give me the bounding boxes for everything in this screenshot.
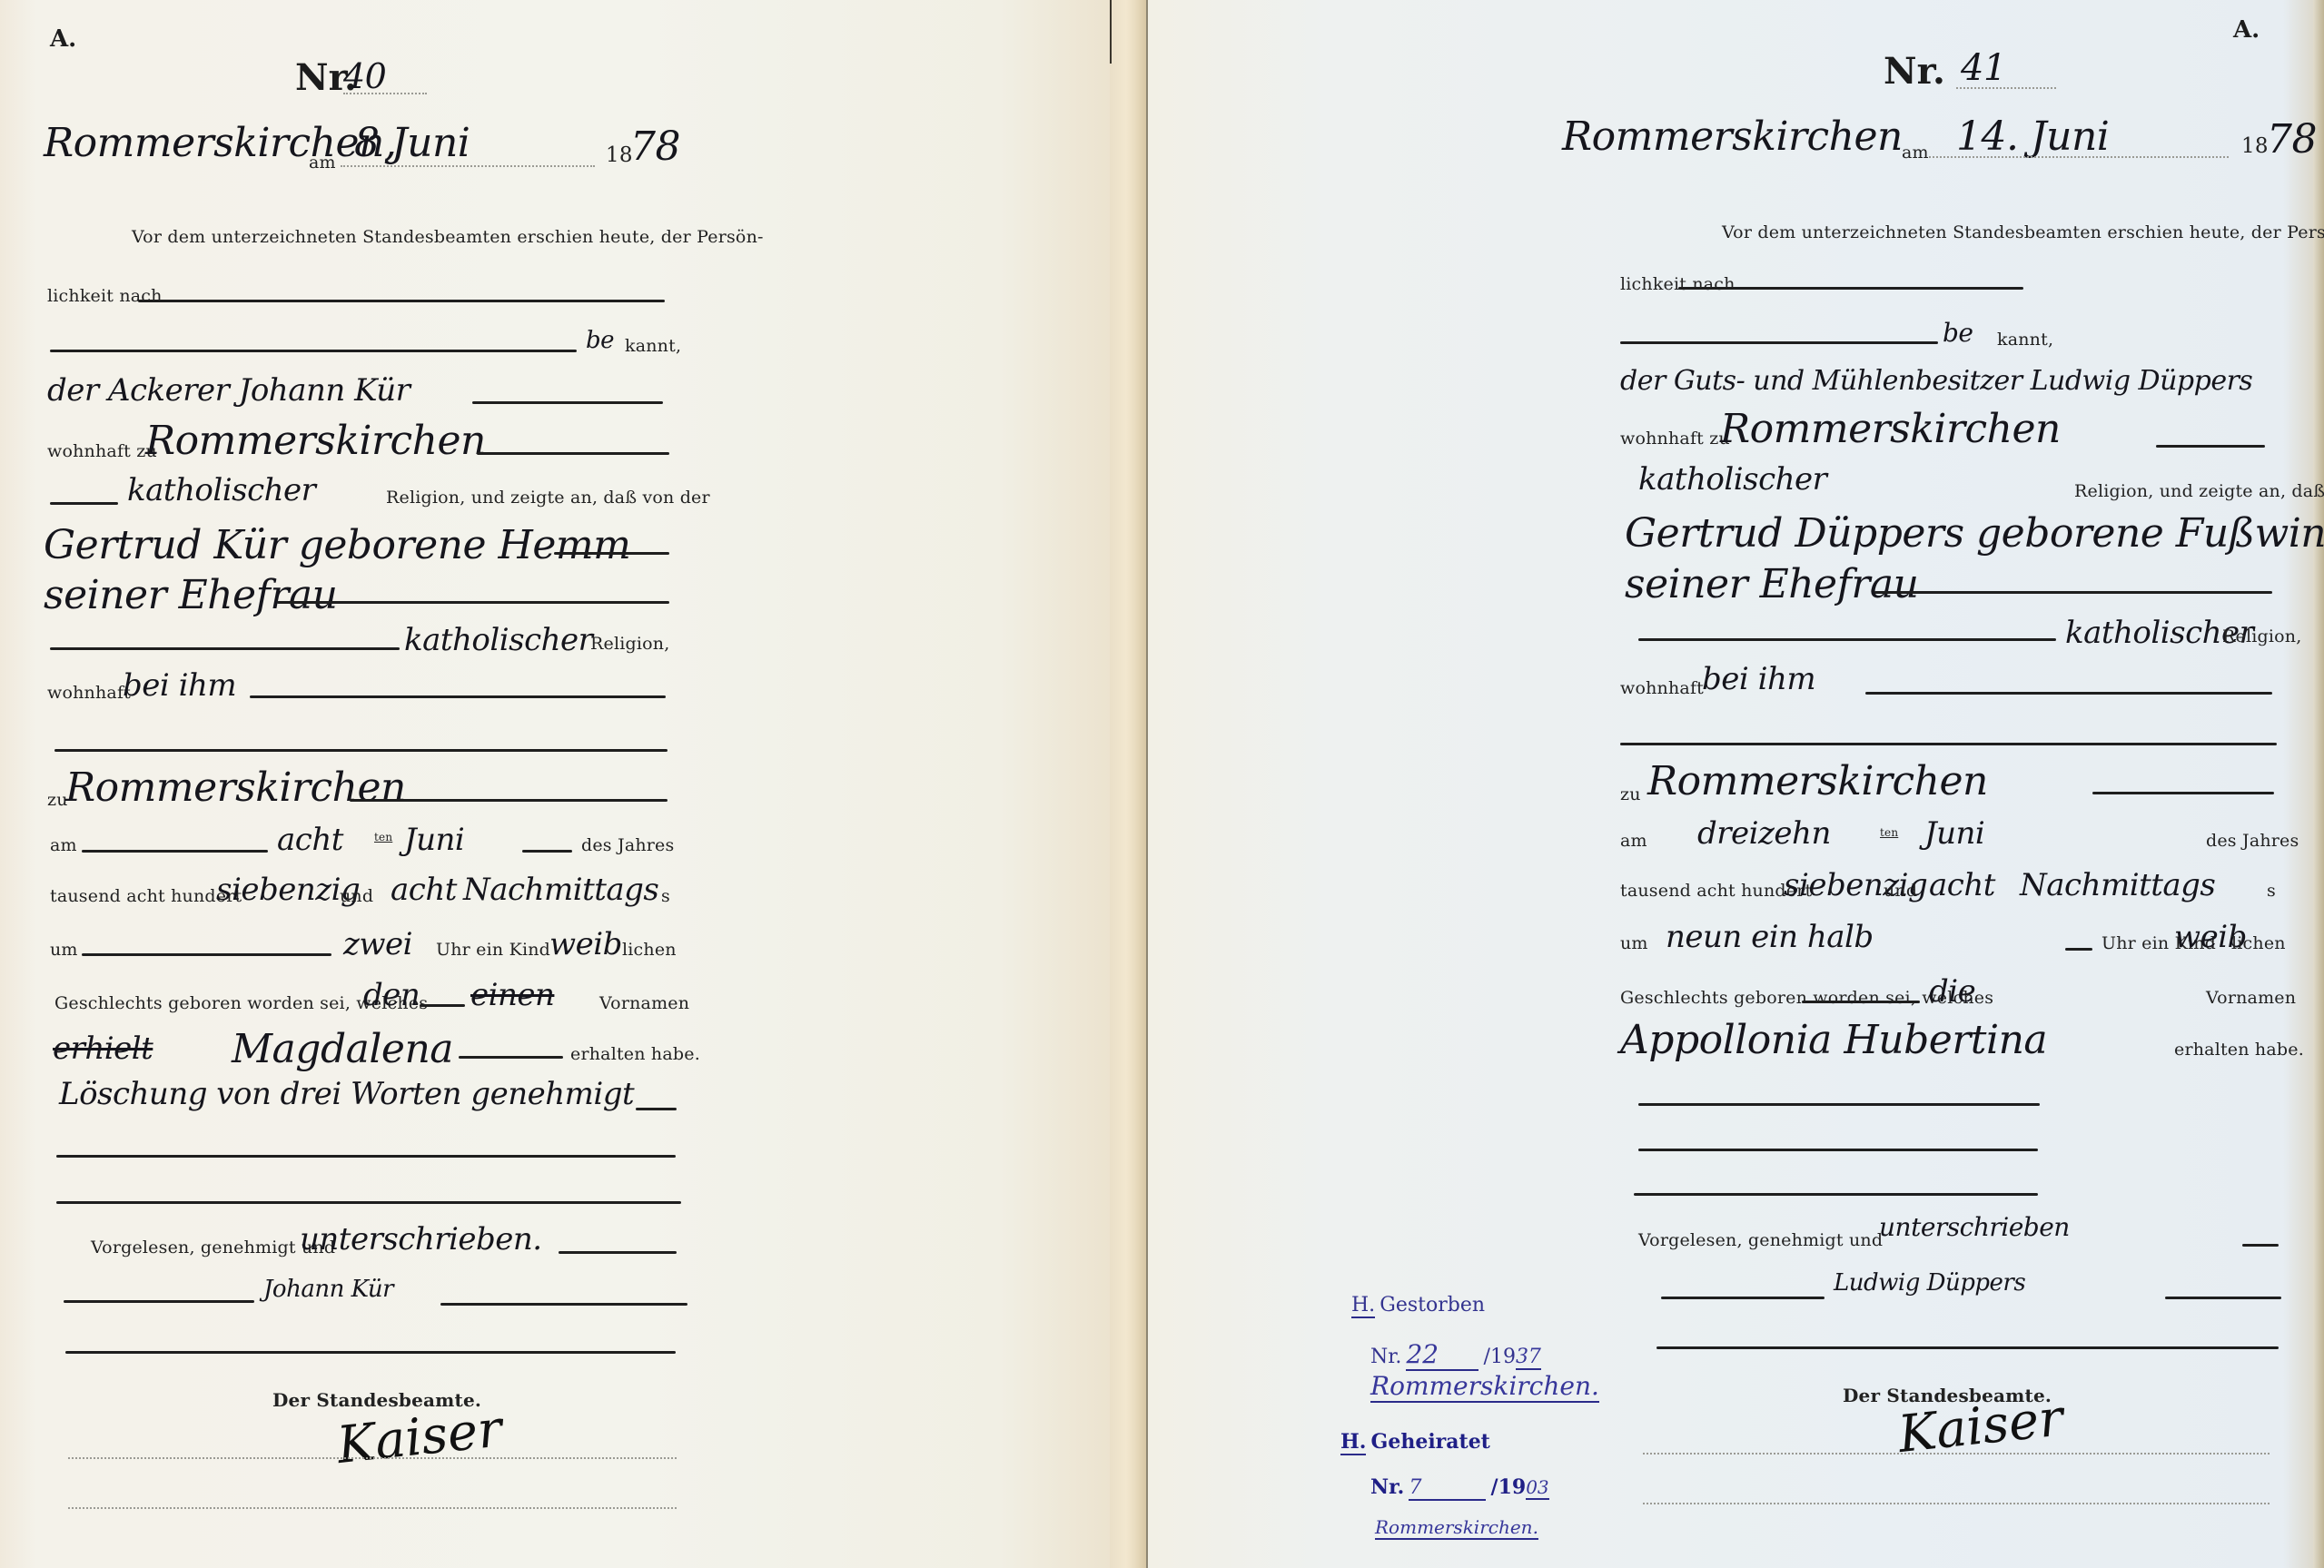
birthplace-label: zu [1620,784,1641,804]
religion-label: Religion, [590,634,669,654]
received-label: erhalten habe. [570,1044,700,1064]
mother-name: Gertrud Düppers geborene Fußwinkel [1625,510,2324,557]
year-prefix: 18 [2241,134,2269,158]
intro-text: Vor dem unterzeichneten Standesbeamten e… [1722,222,2324,242]
stamp-year-suffix: 03 [1526,1476,1548,1500]
informant-residence: Rommerskirchen [145,418,486,464]
dotted-line [1956,87,2056,89]
known-hand: be [1943,318,1973,348]
known-print: kannt, [625,336,681,356]
fill-line [472,401,663,404]
margin-note-died-number: Nr. 22 /1937 [1370,1339,1541,1371]
stamp-nr-value: 22 [1406,1339,1478,1371]
fill-line [1661,1297,1825,1299]
struck-word: erhielt [53,1031,153,1067]
vornamen-label: Vornamen [2206,988,2296,1008]
dotted-line [1643,1453,2270,1455]
child-name: Magdalena [232,1026,453,1072]
birth-day: acht [277,822,343,858]
dotted-line [1643,1503,2270,1504]
record-place: Rommerskirchen [1562,113,1903,160]
fill-line [477,452,669,455]
register-letter: A. [50,25,76,53]
dotted-line [68,1507,677,1509]
stamp-prefix: H. [1340,1430,1366,1455]
fill-line [1656,1346,2279,1349]
stamp-year-prefix: /19 [1491,1475,1527,1499]
dotted-line [1929,156,2229,158]
fill-line [440,1303,687,1306]
mother-relation: seiner Ehefrau [44,572,337,618]
stamp-label: Geheiratet [1371,1430,1490,1454]
intro-text: Vor dem unterzeichneten Standesbeamten e… [132,227,764,247]
stamp-nr-label: Nr. [1370,1475,1404,1499]
received-label: erhalten habe. [2174,1040,2304,1060]
register-letter: A. [2233,16,2260,44]
known-hand: be [586,327,614,354]
dotted-line [343,93,427,94]
fill-line [56,1201,681,1204]
birth-decade: siebenzig [216,872,360,908]
fill-line [1874,591,2272,594]
time-suffix: s [2267,881,2276,901]
fill-line [2156,445,2265,448]
fill-line [1638,638,2056,641]
margin-note-married: H. Geheiratet [1340,1430,1490,1454]
fill-line [50,502,118,505]
fill-line [636,1108,677,1110]
mother-residence-label: wohnhaft [47,683,131,703]
religion-text: Religion, und zeigte an, daß von der [2074,481,2324,501]
fill-line [559,1251,677,1254]
year-suffix: 78 [2267,116,2317,163]
informant-name: der Guts- und Mühlenbesitzer Ludwig Düpp… [1620,365,2252,397]
mother-residence: bei ihm [123,667,236,704]
birth-month: Juni [1924,815,1984,852]
mother-name: Gertrud Kür geborene Hemm [44,522,630,568]
fill-line [522,850,572,853]
fill-line [82,850,268,853]
child-sex: weib [549,926,622,962]
fill-line [1634,1193,2038,1196]
time-of-day: Nachmittags [2020,867,2215,903]
fill-line [250,695,666,698]
informant-signature: Johann Kür [263,1276,393,1303]
stamp-nr-label: Nr. [1370,1346,1401,1368]
fill-line [56,1155,676,1158]
fill-line [50,350,577,352]
birth-hour: zwei [343,926,412,962]
record-place: Rommerskirchen, [44,120,396,166]
intro-text-cont: lichkeit nach [47,286,163,306]
open-register-book: A. Nr. 40 Rommerskirchen, am 8 Juni 18 7… [0,0,2324,1568]
religion-text: Religion, und zeigte an, daß von der [386,488,710,508]
fill-line [1620,341,1938,344]
informant-religion: katholischer [127,472,315,508]
mother-religion: katholischer [404,622,592,658]
margin-note-died: H. Gestorben [1351,1294,1485,1317]
fill-line [2242,1244,2279,1247]
uhr-text: Uhr ein Kind [436,940,550,960]
fill-line [2092,792,2274,794]
fill-line [138,300,665,302]
left-page: A. Nr. 40 Rommerskirchen, am 8 Juni 18 7… [0,0,1110,1568]
known-print: kannt, [1997,330,2053,350]
record-date: 8 Juni [354,120,470,166]
stamp-label: Gestorben [1380,1294,1485,1317]
sex-suffix: lichen [2231,933,2286,953]
fill-line [82,953,331,956]
am-label: am [309,153,336,173]
fill-line [277,601,669,604]
residence-label: wohnhaft zu [47,441,157,461]
binding-thread [1110,0,1112,64]
fill-line [64,1300,254,1303]
margin-note-married-number: Nr. 7 /1903 [1370,1475,1549,1501]
time-suffix: s [661,886,670,906]
fill-line [1638,1103,2040,1106]
record-number-label: Nr. [1884,50,1945,93]
fill-line [1865,692,2272,695]
fill-line [350,799,668,802]
ten-suffix: ten [1880,826,1898,839]
birth-hour: neun ein halb [1666,919,1874,955]
um-label: um [1620,933,1648,953]
read-label: Vorgelesen, genehmigt und [91,1238,335,1257]
mother-relation: seiner Ehefrau [1625,561,1918,607]
fill-line [420,1004,465,1007]
year-prefix: 18 [606,143,633,167]
und-label: und [1884,881,1917,901]
am-label: am [1902,143,1929,163]
um-label: um [50,940,78,960]
birth-month: Juni [404,822,464,858]
stamp-year-prefix: /19 [1484,1346,1516,1368]
religion-label: Religion, [2222,626,2301,646]
fill-line [1678,287,2023,290]
mother-residence-label: wohnhaft [1620,678,1704,698]
correction-note: Löschung von drei Worten genehmigt [59,1076,634,1112]
fill-line [50,647,400,650]
stamp-place: Rommerskirchen. [1375,1516,1538,1540]
fill-line [459,1056,563,1059]
informant-religion: katholischer [1638,461,1826,498]
stamp-place: Rommerskirchen. [1370,1371,1599,1403]
read-label: Vorgelesen, genehmigt und [1638,1230,1883,1250]
birth-am-label: am [1620,831,1647,851]
sex-suffix: lichen [622,940,677,960]
stamp-nr-value: 7 [1409,1476,1486,1501]
mother-residence: bei ihm [1702,661,1815,697]
article: die [1929,973,1975,1010]
record-number: 40 [343,56,386,96]
informant-name: der Ackerer Johann Kür [47,372,410,409]
und-label: und [340,886,373,906]
time-of-day: Nachmittags [463,872,658,908]
read-confirmation: unterschrieben [1879,1212,2070,1242]
ten-suffix: ten [374,831,392,843]
read-confirmation: unterschrieben. [300,1221,542,1257]
birthplace: Rommerskirchen [65,764,406,811]
fill-line [1638,1149,2038,1151]
stamp-year-suffix: 37 [1516,1346,1541,1370]
record-number: 41 [1961,47,2006,89]
dotted-line [341,165,595,167]
fill-line [2065,948,2092,951]
vornamen-label: Vornamen [599,993,689,1013]
dotted-line [68,1457,677,1459]
birth-am-label: am [50,835,77,855]
article: den [363,977,420,1013]
birth-year-label: des Jahres [2206,831,2299,851]
year-suffix: 78 [630,123,680,170]
birth-day: dreizehn [1697,815,1831,852]
record-date: 14. Juni [1956,113,2109,160]
fill-line [65,1351,676,1354]
intro-text-cont: lichkeit nach [1620,274,1736,294]
fill-line [1620,743,2277,745]
birth-unit-year: acht [391,872,457,908]
birth-year-label: des Jahres [581,835,674,855]
book-gutter [1110,0,1146,1568]
birth-unit-year: acht [1929,867,1995,903]
thousand-label: tausend acht hundert [50,886,242,906]
informant-residence: Rommerskirchen [1720,406,2061,452]
fill-line [554,552,669,555]
residence-label: wohnhaft zu [1620,429,1730,449]
fill-line [1802,1001,1920,1003]
child-name: Appollonia Hubertina [1620,1017,2047,1063]
right-page: A. Nr. 41 Rommerskirchen am 14. Juni 18 … [1148,0,2324,1568]
struck-word: einen [470,977,554,1013]
fill-line [54,749,668,752]
stamp-prefix: H. [1351,1294,1375,1318]
informant-signature: Ludwig Düppers [1834,1269,2025,1297]
fill-line [2165,1297,2281,1299]
birthplace: Rommerskirchen [1647,758,1988,804]
